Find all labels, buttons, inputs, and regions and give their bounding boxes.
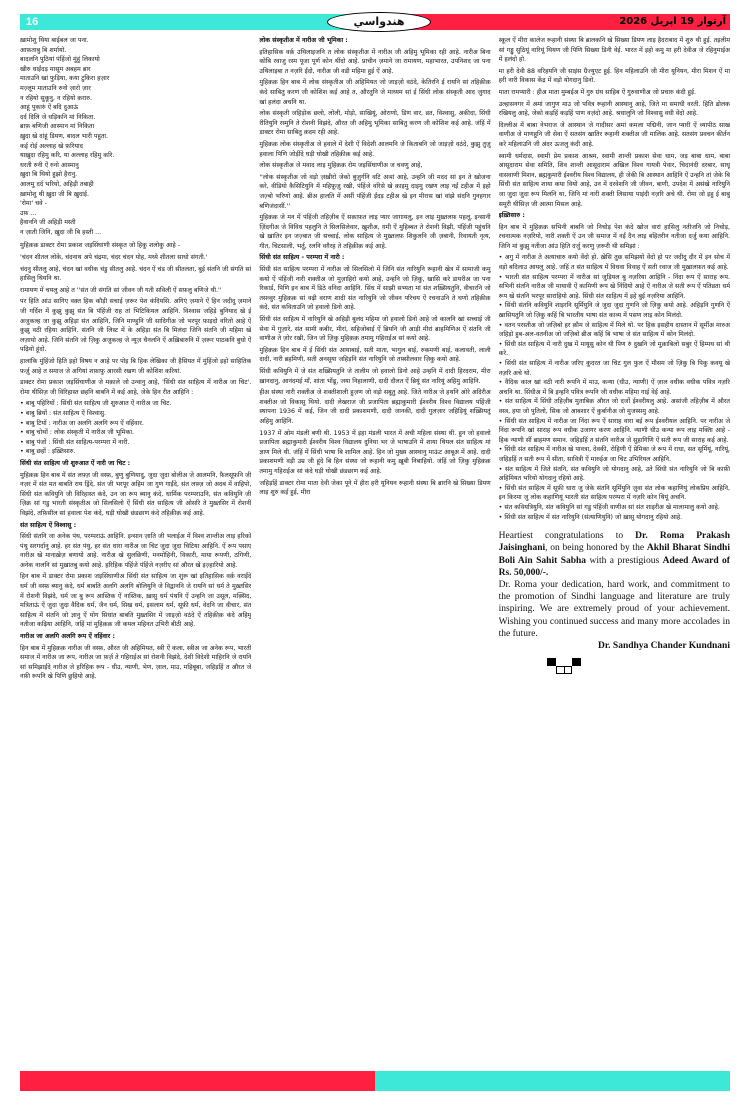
summary-point: सिंधी संत साहित्य में सूफ़ी धारा जु जेके…: [499, 484, 730, 503]
section-heading: सिंधी संत साहित्य जी शुरुआत ऐं नारी जा च…: [20, 459, 251, 469]
chapter-item: बाबु छहों : इख़्तिसारु.: [20, 447, 251, 457]
footer-bar-red: [20, 1071, 375, 1091]
paragraph: माता रामप्यारी : हीअ माता मुम्बईअ में गु…: [499, 88, 730, 98]
summary-point: संत कवियत्रियुनि, संत कवियुनि सां गडु पं…: [499, 503, 730, 513]
poem-line: ख़ुदा बि थियो हुझो हैरानु.: [20, 170, 251, 180]
summary-list: अगु में नारीअ ते अत्याचारु कयो वेंदो हो.…: [499, 253, 730, 522]
paragraph: स्कूल ऐं मीरा कालेज रूहानी संस्था बि ब्र…: [499, 36, 730, 65]
poem-line: हैवाननि जी अहिड़ी मस्ती: [20, 218, 251, 228]
paragraph: चंदनु सीतलु आहे, चंदन खां वधीक चंडु सीतल…: [20, 265, 251, 284]
summary-point: सिंधी संत साहित्य में नारी दुख में मायूस…: [499, 340, 730, 359]
paragraph: मुहिक़क़ हिन बाब में संत लफ़्ज़ जी वस्फ़…: [20, 471, 251, 519]
chapter-item: बाबु पहिरियों : सिंधी संत साहित्य जी शुर…: [20, 399, 251, 409]
poem-line: बादलनि पुठियां पंहिंजो मुंहुं लिकायो: [20, 55, 251, 65]
poem-line: न ज़ाती जिनि, ख़ुदा जी बि हस्ती ...: [20, 228, 251, 238]
poem-line: आहूं पुकारुं ऐं बदि दुआऊं: [20, 103, 251, 113]
paragraph: हालांकि मुंहिंजो हिति इहो विषय न आहे पर …: [20, 357, 251, 376]
paragraph: रामायण में चयलु आहे त ''संत जी संगति सां…: [20, 286, 251, 296]
section-heading: सिंधी संत साहित्य - परम्परा में नारी :: [259, 253, 490, 263]
paragraph: मुहिक़क़ डाक्टर रोमा प्रकाश जइसिंघाणी सं…: [20, 241, 251, 251]
paragraph: दिल्लीअ में बाबा नेभराज जे आस्थान जे गाद…: [499, 121, 730, 150]
paragraph: सिंधी कवियुनि में जे संत शख़्सियतुनि जे …: [259, 367, 490, 386]
signature: Dr. Sandhya Chander Kundnani: [499, 642, 730, 652]
poem-line: उफ़ ...: [20, 209, 251, 219]
paragraph: लोक संस्कृतीअ जे मवाद लाइ मुहिक़क़ रोम ज…: [259, 161, 490, 171]
paragraph: डाक्टर रोमा प्रकाश जइसिंघाणीअ जे मक़ाले …: [20, 378, 251, 397]
paragraph: पर हिति आंउ सागिए वक़्त हिक कौड़ी सचाई ज…: [20, 297, 251, 355]
congratulations-body: Dr. Roma your dedication, hard work, and…: [499, 579, 730, 640]
issue-date: آرتوار 19 اپريل 2026: [619, 14, 726, 30]
paragraph: 'चंदन शीतल लोके, चंदनाथ अपे चंद्रमा, चंद…: [20, 253, 251, 263]
note-text: Heartiest congratulations to: [499, 531, 636, 541]
poem-line: आलमु दर्द भरियो, अहिड़ी तबाही: [20, 180, 251, 190]
poem-line: न रहियो सुकूनु, न रहियो क़रारु.: [20, 94, 251, 104]
quote: ''लोक संस्कृतीअ जो वड़ो ज़ख़ीरो जेको बुज…: [259, 173, 490, 211]
paragraph: सिंधी संत साहित्य में नारियुनि खे अहिड़ी…: [259, 315, 490, 344]
poem-line: ख़ुदा खे दांहूं डियण, बादल भारी पहुता.: [20, 132, 251, 142]
paragraph: हीअ संस्था नारी शक्तीअ जे शक्तीशाली हुज़…: [259, 388, 490, 426]
paragraph: हिन बाब में मुहिक़क़ सभिनी बाबनि जो निचो…: [499, 223, 730, 252]
paragraph: हिन बाब में मुहिक़क़ नारीअ जी वस्फ़, औरत…: [20, 644, 251, 682]
paragraph: सिंधी संतनि जा अनेक पंथ, परम्पराऊं आहिनि…: [20, 532, 251, 570]
section-heading: संत साहित्य ऐं विश्वासु :: [20, 521, 251, 531]
paragraph: इतिहासिक वर्क़ उथिलाइजनि त लोक संस्कृतीअ…: [259, 48, 490, 77]
section-heading: नारीअ जा अलगि अलगि रूप ऐं वहिंवार :: [20, 632, 251, 642]
footer-bar-cyan: [375, 1071, 730, 1091]
poem-line: माताउनि खां फुड़िया, कया टुकिरा हज़ार: [20, 74, 251, 84]
summary-point: सिंधी संत साहित्य में नारीअ जा निंदा रूप…: [499, 417, 730, 446]
poem-line: मज़्लूम माताउनि रुनो ज़ारो ज़ार: [20, 84, 251, 94]
summary-point: संत साहित्य में सिंधी तहिज़ीब मुताबिक़ औ…: [499, 397, 730, 416]
poem-line: कई रोई अल्लाह खे फ़रियाद: [20, 142, 251, 152]
poem-line: ब्राफ़ बणिजी आस्मान मां निकिता: [20, 122, 251, 132]
column-1: ख़ामोशु थिया बाईबल जा पना. आफ़ताबु बि शर…: [20, 36, 251, 1058]
paragraph: मुहिक़क़ लोक संस्कृतीअ जे हवाले में देशी…: [259, 140, 490, 159]
poem-line: ख़ामोशु थिया बाईबल जा पना.: [20, 36, 251, 46]
section-heading: लोक संस्कृतीअ में नारीअ जी भूमिका :: [259, 36, 490, 46]
paragraph: 1937 में ओम मंडली बणी थी. 1953 में इहा म…: [259, 429, 490, 477]
column-3: स्कूल ऐं मीरा कालेज रूहानी संस्था बि ब्र…: [499, 36, 730, 1058]
end-mark-icon: [547, 658, 581, 674]
footer-bar: [20, 1071, 730, 1091]
note-text: with a prestigious: [586, 556, 663, 566]
paragraph: लोक संस्कृती जहिड़ोक छलो, लोली, मोड़ो, स…: [259, 109, 490, 138]
paragraph: मुहिक़क़ हिन बाब में ई सिंधी संत आयाबाई,…: [259, 346, 490, 365]
paragraph: जहिड़हिं डाक्टर रोमा माता देवी जेका पूने…: [259, 479, 490, 498]
chapter-item: बाबु पंजों : सिंधी संत साहित्य-परम्परा म…: [20, 438, 251, 448]
chapter-item: बाबु ब्रियों : संत साहित्य ऐं विश्वासु.: [20, 409, 251, 419]
poem-line: ख़ामोशु थी ख़ुदा जी बि ख़ुदाई.: [20, 190, 251, 200]
poem-line: खीरु धाईंदड़ मासूम अबहम ब्रार: [20, 65, 251, 75]
poem-line: आफ़ताबु बि शर्मायो.: [20, 46, 251, 56]
poem: ख़ामोशु थिया बाईबल जा पना. आफ़ताबु बि शर…: [20, 36, 251, 237]
summary-point: सिंधी संत साहित्य में नारीअ जरिए कुदरत ज…: [499, 359, 730, 378]
note-text: , on being honored by the: [545, 543, 647, 553]
paragraph: मुहिक़क़ हिन बाब में लोक संस्कृतीअ जी अह…: [259, 78, 490, 107]
summary-point: वतन परस्तीअ जो जज़िबो हर क़ौम जे साहित्य…: [499, 321, 730, 340]
chapter-item: बाबु टियों : नारीअ जा अलगि अलगि रूप ऐं व…: [20, 419, 251, 429]
paragraph: मा हरी देवी 88 वरिहयनि जी साइंस ग्रैज्यु…: [499, 67, 730, 86]
paragraph: मुहिक़क़ जे मन में पंहिंजी तहिज़ीब ऐं सक…: [259, 213, 490, 251]
paragraph: हिन बाब में डाक्टर रोमा प्रकाश जइसिंघाणी…: [20, 572, 251, 630]
poem-line: दर्द दिलि जे धड़िकनि मां निकिता.: [20, 113, 251, 123]
poem-line: याख़ुदा रहिमु करि, या अल्लाह रहिमु करि.: [20, 151, 251, 161]
summary-point: अगु में नारीअ ते अत्याचारु कयो वेंदो हो.…: [499, 253, 730, 272]
page-number: 16: [26, 14, 38, 30]
paragraph: उल्हासनगर में अमां जागुण माउ जो पवित्र र…: [499, 100, 730, 119]
summary-point: सिंधी संतनि कवियुनि शाइरनि सूर्मियुनि जे…: [499, 301, 730, 320]
summary-point: संत साहित्य में जिते संतनि, संत कवियुनि …: [499, 465, 730, 484]
summary-point: सिंधी संत साहित्य में संत नारियुनि (संत्…: [499, 513, 730, 523]
summary-point: सिंधी संत साहित्य में नारीअ खे पावत्रा, …: [499, 445, 730, 464]
masthead-logo: هندواسي: [327, 12, 431, 32]
article-columns: ख़ामोशु थिया बाईबल जा पना. आफ़ताबु बि शर…: [20, 36, 730, 1058]
paragraph: सिंधी संत साहित्य परम्परा में नारीअ जो स…: [259, 265, 490, 313]
congratulations-note: Heartiest congratulations to Dr. Roma Pr…: [499, 530, 730, 579]
paragraph: स्वामी धर्मदास, स्वामी प्रेम प्रकाश आश्र…: [499, 152, 730, 210]
summary-point: वैदिक काल खां वठी नारी रूपनि में माउ, कन…: [499, 378, 730, 397]
column-2: लोक संस्कृतीअ में नारीअ जी भूमिका : इतिह…: [259, 36, 490, 1058]
chapter-list: बाबु पहिरियों : सिंधी संत साहित्य जी शुर…: [20, 399, 251, 457]
summary-point: भारती संत साहित्य परम्परा में नारीअ सां …: [499, 273, 730, 302]
section-heading: इख़्तिसारु :: [499, 211, 730, 221]
poem-line: धरती रुनी ऐं रुनो आस्मानु: [20, 161, 251, 171]
chapter-item: बाबु चोथों : लोक संस्कृती में नारीअ जी भ…: [20, 428, 251, 438]
poem-line: 'रोमा' चवे -: [20, 199, 251, 209]
